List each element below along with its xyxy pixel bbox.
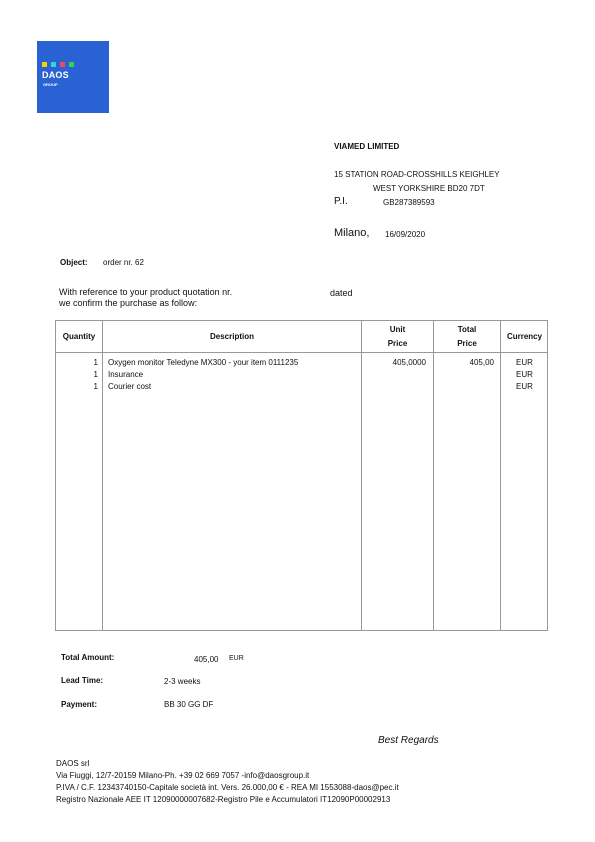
header-description: Description <box>103 321 361 352</box>
intro-dated-label: dated <box>330 288 353 298</box>
recipient-company: VIAMED LIMITED <box>334 142 399 151</box>
cell-currency: EUR <box>501 381 548 393</box>
recipient-address-line1: 15 STATION ROAD-CROSSHILLS KEIGHLEY <box>334 170 500 179</box>
recipient-pi-value: GB287389593 <box>383 198 435 207</box>
payment-value: BB 30 GG DF <box>164 700 213 709</box>
logo-dots <box>42 62 74 67</box>
footer-vat: P.IVA / C.F. 12343740150-Capitale societ… <box>56 783 399 792</box>
cell-total-price: 405,00 <box>434 357 494 369</box>
cell-currency: EUR <box>501 357 548 369</box>
place: Milano, <box>334 227 369 239</box>
logo-dot-red <box>60 62 65 67</box>
intro-line1: With reference to your product quotation… <box>59 287 232 297</box>
total-amount-label: Total Amount: <box>61 653 114 662</box>
payment-label: Payment: <box>61 700 97 709</box>
footer-company: DAOS srl <box>56 759 89 768</box>
header-total-price: Total Price <box>434 321 500 352</box>
logo-dot-yellow <box>42 62 47 67</box>
lead-time-value: 2-3 weeks <box>164 677 200 686</box>
date: 16/09/2020 <box>385 230 425 239</box>
cell-quantity: 1 <box>56 369 98 381</box>
cell-description: Oxygen monitor Teledyne MX300 - your ite… <box>108 357 358 369</box>
footer-address: Via Fiuggi, 12/7-20159 Milano-Ph. +39 02… <box>56 771 309 780</box>
cell-description: Courier cost <box>108 381 358 393</box>
intro-line2: we confirm the purchase as follow: <box>59 298 197 308</box>
cell-description: Insurance <box>108 369 358 381</box>
object-value: order nr. 62 <box>103 258 144 267</box>
header-unit-price: Unit Price <box>362 321 433 352</box>
recipient-pi-label: P.I. <box>334 196 348 207</box>
cell-quantity: 1 <box>56 381 98 393</box>
lead-time-label: Lead Time: <box>61 676 103 685</box>
cell-currency: EUR <box>501 369 548 381</box>
object-label: Object: <box>60 258 88 267</box>
closing-greeting: Best Regards <box>378 735 439 746</box>
table-header-divider <box>56 352 547 353</box>
footer-registry: Registro Nazionale AEE IT 12090000007682… <box>56 795 390 804</box>
header-quantity: Quantity <box>56 321 102 352</box>
logo-subtitle: GROUP <box>43 82 58 87</box>
company-logo: DAOS GROUP <box>37 41 109 113</box>
header-currency: Currency <box>501 321 548 352</box>
recipient-address-line2: WEST YORKSHIRE BD20 7DT <box>373 184 485 193</box>
total-amount-value: 405,00 <box>194 655 218 664</box>
logo-dot-green <box>69 62 74 67</box>
logo-dot-cyan <box>51 62 56 67</box>
logo-name: DAOS <box>42 70 69 80</box>
order-table: Quantity Description Unit Price Total Pr… <box>55 320 548 631</box>
cell-quantity: 1 <box>56 357 98 369</box>
table-divider <box>102 321 103 630</box>
cell-unit-price: 405,0000 <box>362 357 426 369</box>
total-amount-currency: EUR <box>229 655 244 662</box>
